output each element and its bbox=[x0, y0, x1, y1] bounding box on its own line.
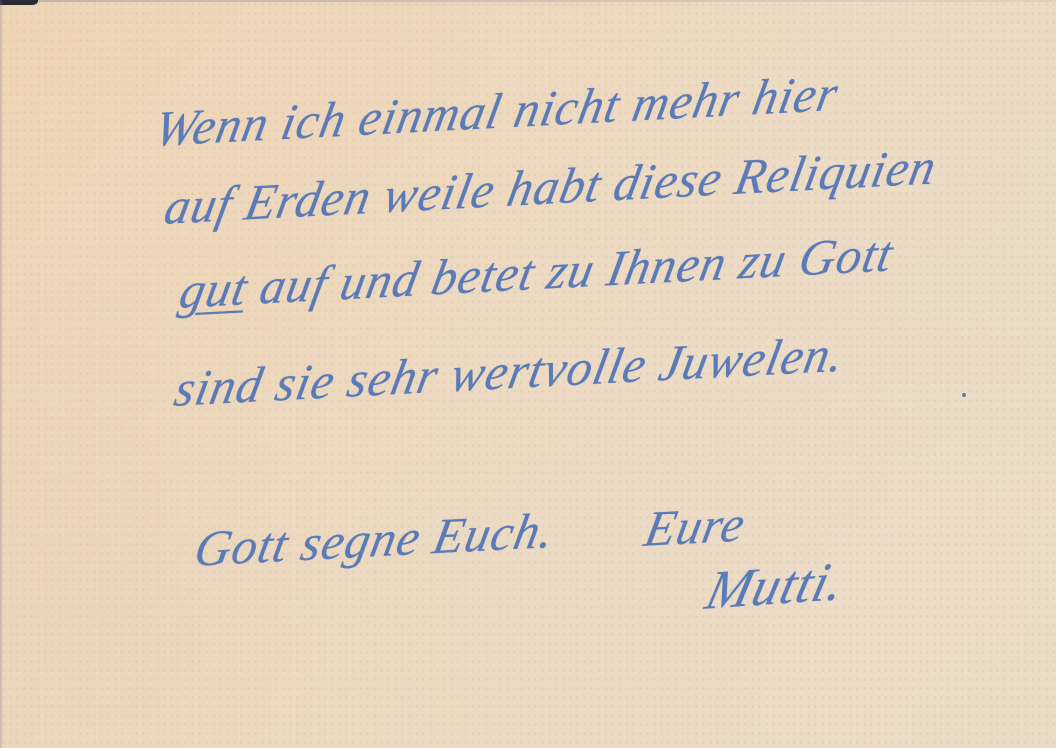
letter-line-3: gut auf und betet zu Ihnen zu Gott bbox=[175, 224, 899, 320]
letter-line-3-rest: auf und betet zu Ihnen zu Gott bbox=[242, 225, 898, 315]
scan-left-edge bbox=[0, 0, 2, 748]
ink-dot bbox=[962, 393, 966, 397]
scan-edge-artifact bbox=[0, 0, 38, 5]
scan-top-edge bbox=[38, 0, 1056, 2]
letter-line-1: Wenn ich einmal nicht mehr hier bbox=[150, 64, 844, 158]
scanned-letter-page: Wenn ich einmal nicht mehr hier auf Erde… bbox=[0, 0, 1056, 748]
closing-salutation: Eure bbox=[640, 494, 751, 558]
signature: Mutti. bbox=[700, 549, 852, 622]
letter-line-2: auf Erden weile habt diese Reliquien bbox=[160, 137, 942, 236]
letter-line-5-blessing: Gott segne Euch. bbox=[190, 501, 560, 578]
underlined-word: gut bbox=[175, 259, 253, 319]
letter-line-4: sind sie sehr wertvolle Juwelen. bbox=[170, 324, 850, 418]
